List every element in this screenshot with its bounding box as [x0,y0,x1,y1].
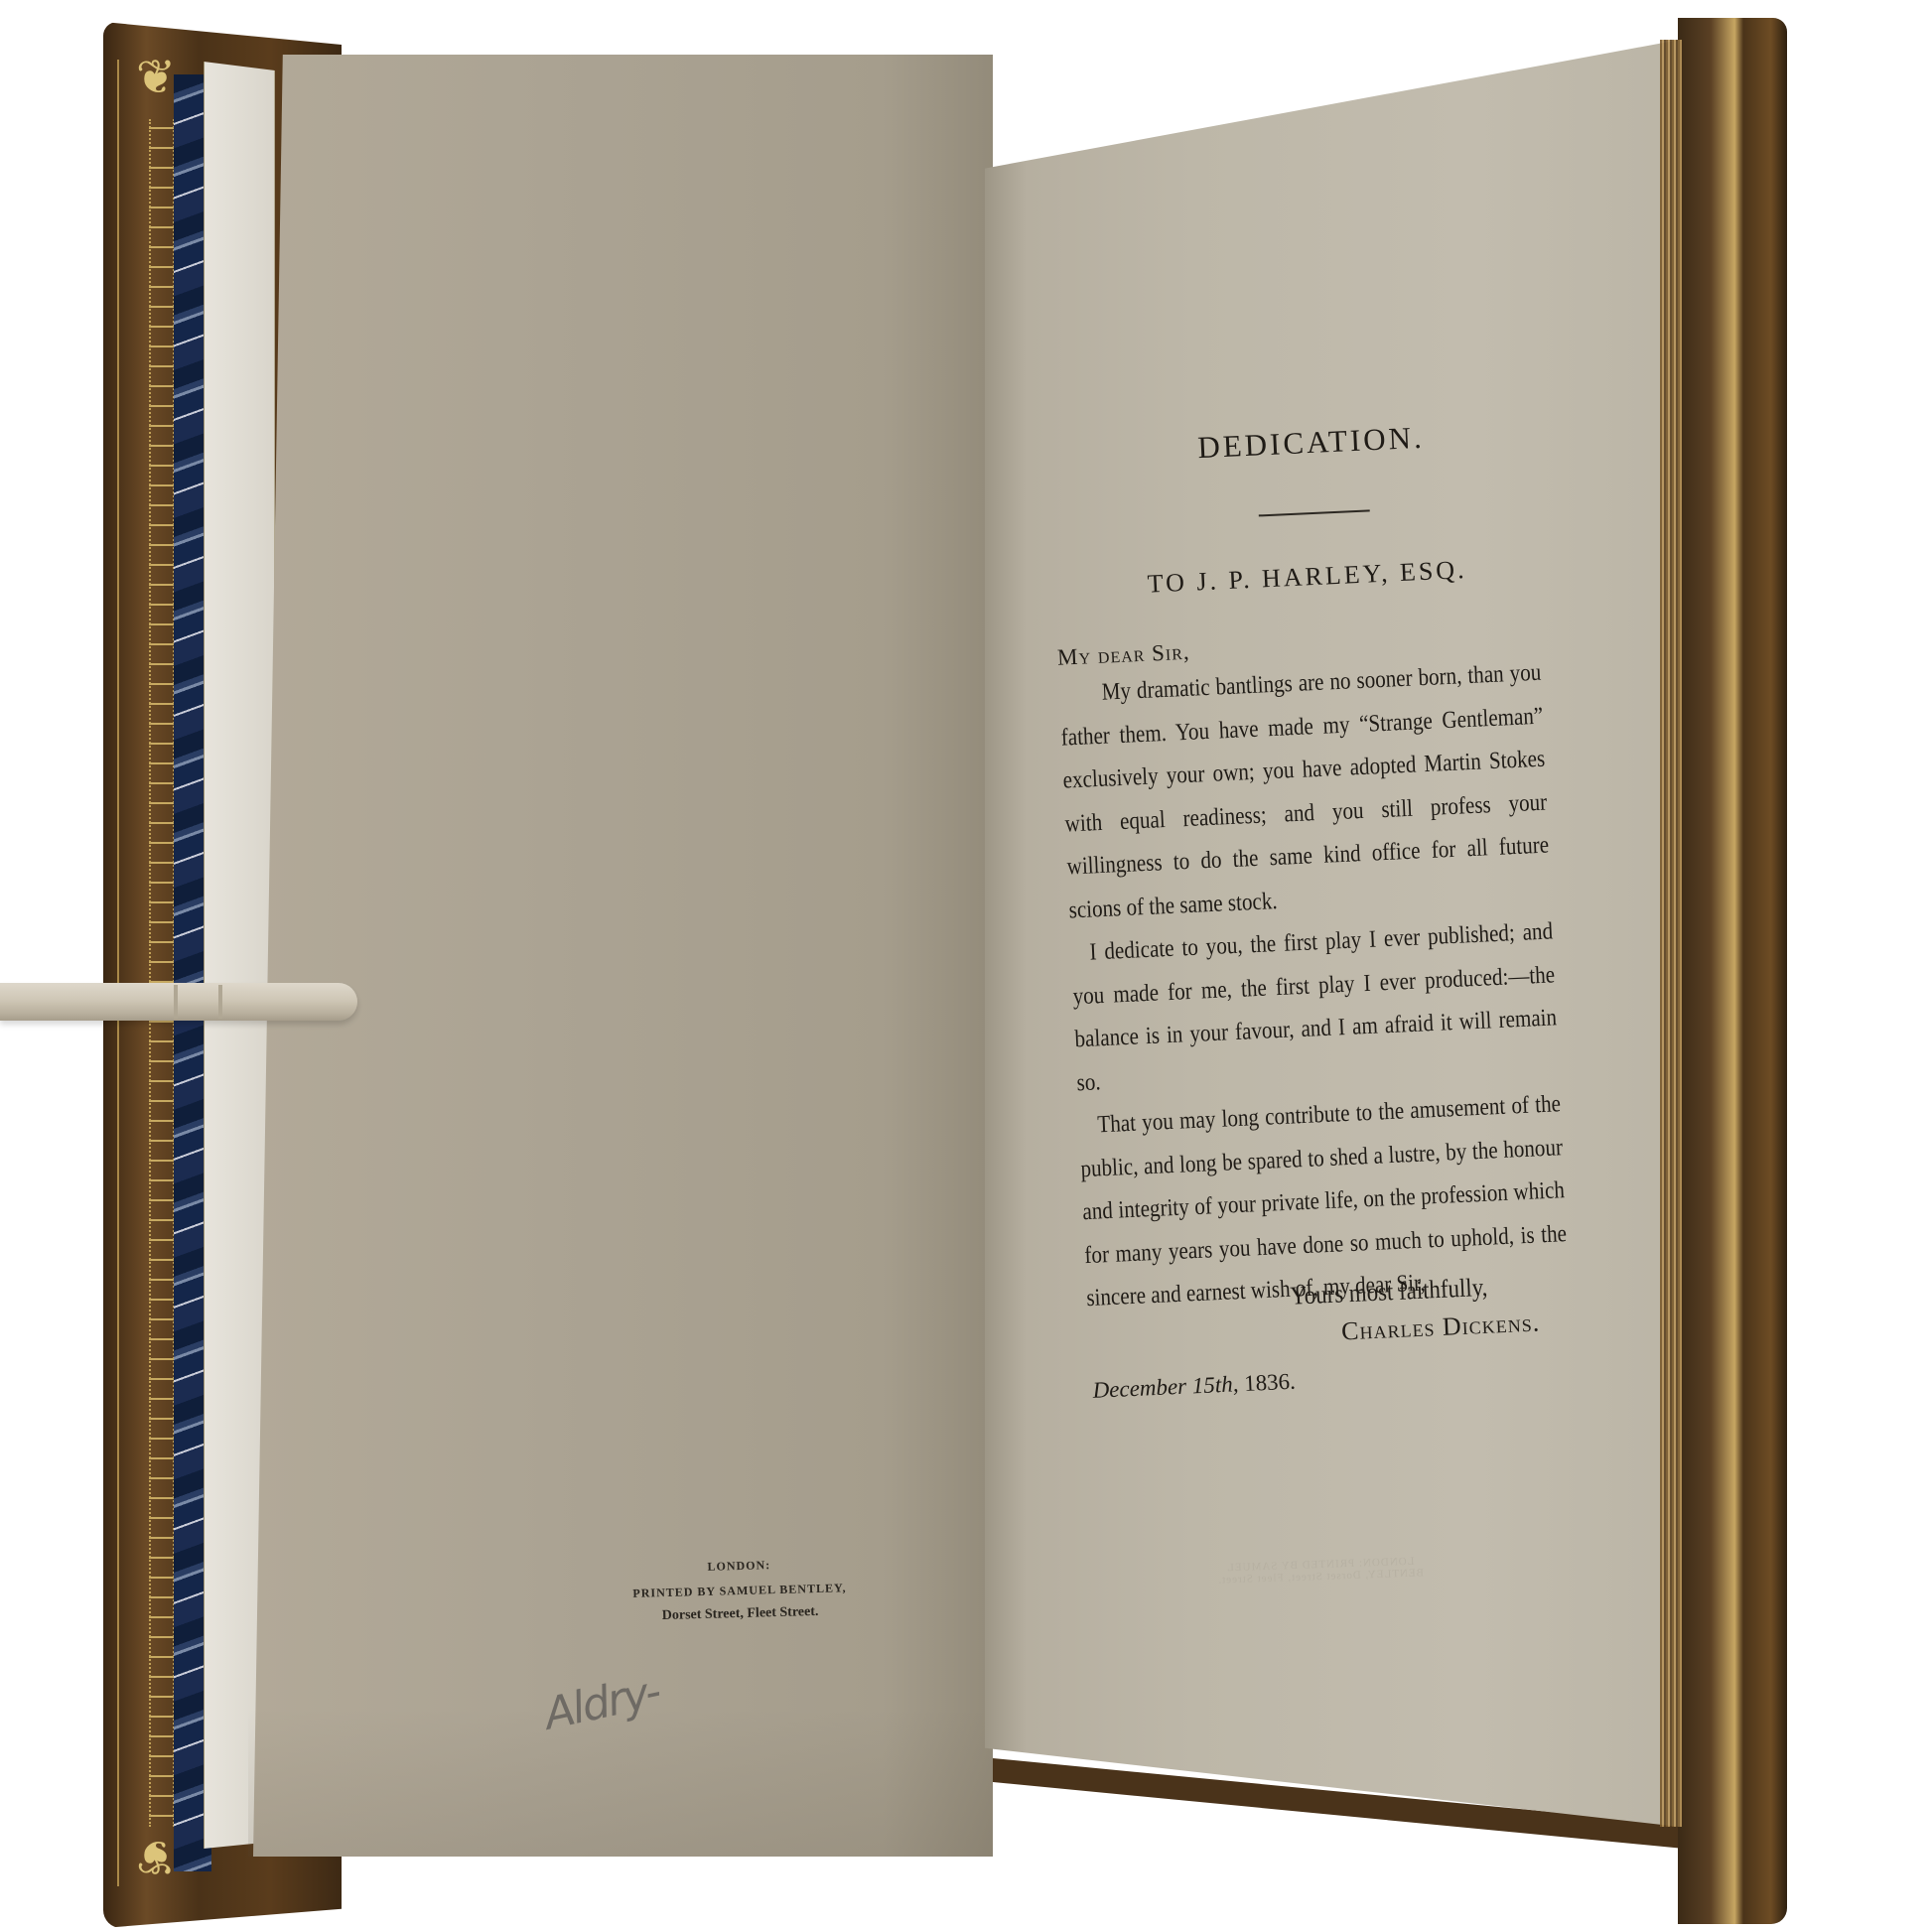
dedicatee-line: TO J. P. HARLEY, ESQ. [1063,551,1551,603]
signature: Charles Dickens. [1340,1306,1585,1346]
date-month-day: December 15th, [1092,1371,1239,1403]
gilt-rule [117,60,119,1886]
rod-band [174,985,178,1019]
dedication-block: DEDICATION. TO J. P. HARLEY, ESQ. My dea… [1047,414,1587,1403]
printer-imprint: LONDON: PRINTED BY SAMUEL BENTLEY, Dorse… [585,1555,895,1626]
rod-band [218,985,222,1019]
date-year: 1836. [1244,1368,1297,1395]
left-page-shadow [248,1708,993,1857]
gilt-wave-border [149,119,175,1827]
right-cover [1678,18,1787,1924]
title-rule [1259,509,1370,516]
paragraph-1: My dramatic bantlings are no sooner born… [1058,651,1552,932]
bookmark-rod[interactable] [0,983,357,1021]
imprint-printer: PRINTED BY SAMUEL BENTLEY, [586,1580,894,1602]
gilt-page-edges [1660,40,1682,1827]
paragraph-2: I dedicate to you, the first play I ever… [1070,909,1560,1104]
